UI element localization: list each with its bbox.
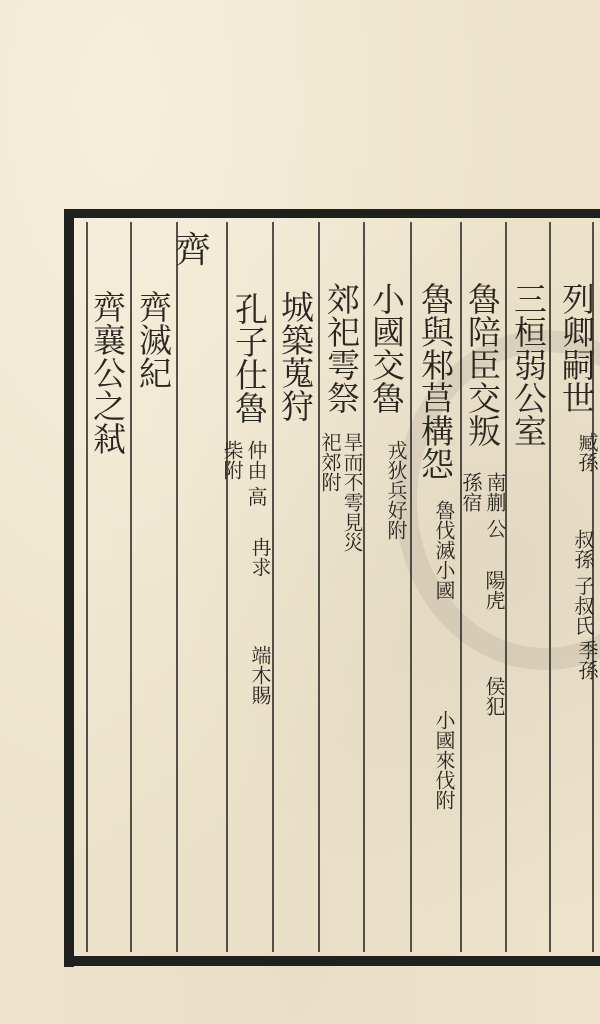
entry-title: 齊滅紀: [134, 290, 172, 389]
column-rule: [460, 222, 462, 952]
entry-title: 孔子仕魯: [228, 292, 268, 424]
entry-note: 陽虎: [482, 570, 506, 610]
frame-border-bottom: [64, 956, 600, 966]
column-rule: [176, 222, 178, 952]
book-page: 齊 列卿嗣世 臧孫 叔孫 子叔氏 季孫 三桓弱公室 魯陪臣交叛 南蒯 公孫宿 陽…: [0, 0, 600, 1024]
entry-note: 祀郊附: [318, 432, 342, 492]
section-header: 齊: [175, 222, 211, 273]
entry-title: 郊祀雩祭: [320, 282, 360, 414]
entry-note: 臧孫: [575, 432, 599, 472]
column-rule: [410, 222, 412, 952]
column-rule: [272, 222, 274, 952]
entry-title: 列卿嗣世: [555, 282, 595, 414]
column-rule: [363, 222, 365, 952]
entry-title: 小國交魯: [367, 282, 405, 414]
entry-note: 侯犯: [482, 676, 506, 716]
entry-note: 季孫: [575, 640, 599, 680]
frame-border-left: [64, 209, 74, 967]
entry-title: 魯與邾莒構怨: [414, 282, 454, 480]
frame-border-top: [64, 209, 600, 218]
entry-note: 旱而不雩見災: [340, 432, 364, 552]
entry-note: 魯伐滅小國: [432, 500, 456, 600]
entry-title: 城築蒐狩: [276, 290, 314, 422]
entry-title: 三桓弱公室: [509, 282, 547, 447]
column-rule: [130, 222, 132, 952]
entry-note: 冉求: [248, 537, 272, 577]
entry-note: 南蒯 公孫宿: [463, 472, 507, 552]
entry-note: 叔孫 子叔氏: [555, 522, 595, 642]
entry-title: 齊襄公之弒: [88, 290, 126, 455]
entry-note: 仲由 高柴附: [220, 440, 268, 512]
entry-note: 端木賜: [248, 645, 272, 705]
entry-note: 戎狄兵好附: [384, 440, 408, 540]
column-rule: [549, 222, 551, 952]
entry-note: 小國來伐附: [432, 710, 456, 810]
entry-title: 魯陪臣交叛: [463, 282, 501, 447]
